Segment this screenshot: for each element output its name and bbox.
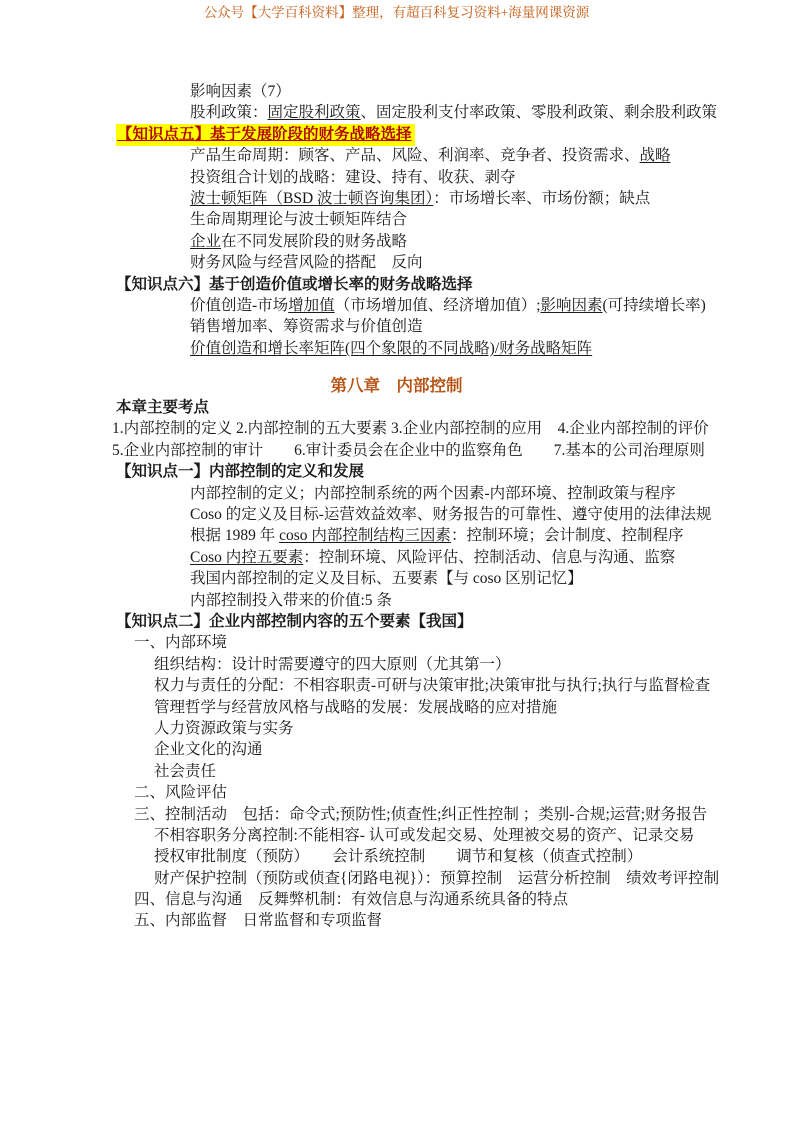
doc-line: 产品生命周期：顾客、产品、风险、利润率、竞争者、投资需求、战略 xyxy=(190,145,793,166)
text-segment: 企业文化的沟通 xyxy=(154,741,263,758)
text-segment: 财务风险与经营风险的搭配 反向 xyxy=(190,254,423,271)
text-segment: 1.内部控制的定义 2.内部控制的五大要素 3.企业内部控制的应用 4.企业内部… xyxy=(112,420,709,437)
doc-line: 股利政策：固定股利政策、固定股利支付率政策、零股利政策、剩余股利政策 xyxy=(190,102,793,123)
doc-line: 我国内部控制的定义及目标、五要素【与 coso 区别记忆】 xyxy=(190,568,793,589)
doc-line: 人力资源政策与实务 xyxy=(154,718,793,739)
text-segment: 三、控制活动 包括：命令式;预防性;侦查性;纠正性控制 ；类别-合规;运营;财务… xyxy=(134,806,707,823)
text-segment: 财产保护控制（预防或侦查{闭路电视}）：预算控制 运营分析控制 绩效考评控制 xyxy=(154,870,719,887)
doc-line: 企业文化的沟通 xyxy=(154,739,793,760)
doc-line: Coso 的定义及目标-运营效益效率、财务报告的可靠性、遵守使用的法律法规 xyxy=(190,504,793,525)
text-segment: 股利政策： xyxy=(190,104,268,121)
doc-line: 财务风险与经营风险的搭配 反向 xyxy=(190,252,793,273)
text-segment: coso 内部控制结构三因素 xyxy=(279,527,451,544)
doc-line: 价值创造和增长率矩阵(四个象限的不同战略)/财务战略矩阵 xyxy=(190,338,793,359)
text-segment: 内部控制投入带来的价值:5 条 xyxy=(190,592,392,609)
text-segment: 【知识点五】基于发展阶段的财务战略选择 xyxy=(117,126,412,143)
doc-line: 财产保护控制（预防或侦查{闭路电视}）：预算控制 运营分析控制 绩效考评控制 xyxy=(154,868,793,889)
text-segment: 、固定股利支付率政策、零股利政策、剩余股利政策 xyxy=(361,104,718,121)
page-header-note: 公众号【大学百科资料】整理，有超百科复习资料+海量网课资源 xyxy=(0,4,793,21)
text-segment: 企业 xyxy=(190,233,221,250)
text-segment: Coso 内控五要素 xyxy=(190,549,303,566)
highlight-marker: 【知识点五】基于发展阶段的财务战略选择 xyxy=(116,124,415,146)
doc-line: 二、风险评估 xyxy=(134,782,793,803)
text-segment: 我国内部控制的定义及目标、五要素【与 coso 区别记忆】 xyxy=(190,570,583,587)
text-segment: 四、信息与沟通 反舞弊机制：有效信息与沟通系统具备的特点 xyxy=(134,891,568,908)
section-heading: 【知识点六】基于创造价值或增长率的财务战略选择 xyxy=(116,274,793,295)
text-segment: ：控制环境、风险评估、控制活动、信息与沟通、监察 xyxy=(303,549,675,566)
doc-line: 授权审批制度（预防） 会计系统控制 调节和复核（侦查式控制） xyxy=(154,846,793,867)
text-segment: ：市场增长率、市场份额；缺点 xyxy=(433,190,650,207)
doc-line: 波士顿矩阵（BSD 波士顿咨询集团）：市场增长率、市场份额；缺点 xyxy=(190,188,793,209)
doc-line: 内部控制投入带来的价值:5 条 xyxy=(190,590,793,611)
text-segment: 增加值 xyxy=(288,297,335,314)
text-segment: （市场增加值、经济增加值）; xyxy=(335,297,541,314)
text-segment: 【知识点六】基于创造价值或增长率的财务战略选择 xyxy=(116,276,473,293)
highlighted-heading: 【知识点五】基于发展阶段的财务战略选择 xyxy=(116,124,793,145)
doc-line: 投资组合计划的战略：建设、持有、收获、剥夺 xyxy=(190,167,793,188)
text-segment: 产品生命周期：顾客、产品、风险、利润率、竞争者、投资需求、 xyxy=(190,147,640,164)
text-segment: ：控制环境；会计制度、控制程序 xyxy=(451,527,684,544)
chapter-title: 第八章 内部控制 xyxy=(0,375,793,397)
doc-line: Coso 内控五要素：控制环境、风险评估、控制活动、信息与沟通、监察 xyxy=(190,547,793,568)
text-segment: 【知识点二】企业内部控制内容的五个要素【我国】 xyxy=(116,613,473,630)
doc-line: 生命周期理论与波士顿矩阵结合 xyxy=(190,209,793,230)
text-segment: 不相容职务分离控制:不能相容- 认可或发起交易、处理被交易的资产、记录交易 xyxy=(154,827,694,844)
doc-line: 一、内部环境 xyxy=(134,632,793,653)
text-segment: 5.企业内部控制的审计 6.审计委员会在企业中的监察角色 7.基本的公司治理原则 xyxy=(112,442,705,459)
text-segment: 一、内部环境 xyxy=(134,634,227,651)
doc-line: 不相容职务分离控制:不能相容- 认可或发起交易、处理被交易的资产、记录交易 xyxy=(154,825,793,846)
doc-line: 组织结构：设计时需要遵守的四大原则（尤其第一） xyxy=(154,654,793,675)
spacer xyxy=(0,359,793,375)
doc-line: 管理哲学与经营放风格与战略的发展：发展战略的应对措施 xyxy=(154,697,793,718)
text-segment: 内部控制的定义；内部控制系统的两个因素-内部环境、控制政策与程序 xyxy=(190,485,676,502)
text-segment: 授权审批制度（预防） 会计系统控制 调节和复核（侦查式控制） xyxy=(154,848,642,865)
doc-line: 5.企业内部控制的审计 6.审计委员会在企业中的监察角色 7.基本的公司治理原则 xyxy=(112,440,793,461)
doc-line: 三、控制活动 包括：命令式;预防性;侦查性;纠正性控制 ；类别-合规;运营;财务… xyxy=(134,804,793,825)
text-segment: 价值创造和增长率矩阵(四个象限的不同战略)/财务战略矩阵 xyxy=(190,340,592,357)
section-heading: 【知识点一】内部控制的定义和发展 xyxy=(116,461,793,482)
text-segment: 组织结构：设计时需要遵守的四大原则（尤其第一） xyxy=(154,656,511,673)
doc-line: 内部控制的定义；内部控制系统的两个因素-内部环境、控制政策与程序 xyxy=(190,483,793,504)
text-segment: 管理哲学与经营放风格与战略的发展：发展战略的应对措施 xyxy=(154,699,557,716)
text-segment: 二、风险评估 xyxy=(134,784,227,801)
text-segment: 生命周期理论与波士顿矩阵结合 xyxy=(190,211,407,228)
text-segment: 权力与责任的分配：不相容职责-可研与决策审批;决策审批与执行;执行与监督检查 xyxy=(154,677,710,694)
doc-line: 社会责任 xyxy=(154,761,793,782)
text-segment: (可持续增长率) xyxy=(603,297,706,314)
doc-line: 企业在不同发展阶段的财务战略 xyxy=(190,231,793,252)
text-segment: 投资组合计划的战略：建设、持有、收获、剥夺 xyxy=(190,169,516,186)
document-page: 公众号【大学百科资料】整理，有超百科复习资料+海量网课资源 影响因素（7）股利政… xyxy=(0,0,793,1122)
text-segment: 影响因素 xyxy=(541,297,603,314)
doc-line: 五、内部监督 日常监督和专项监督 xyxy=(134,910,793,931)
doc-line: 销售增加率、筹资需求与价值创造 xyxy=(190,316,793,337)
text-segment: 五、内部监督 日常监督和专项监督 xyxy=(134,912,382,929)
doc-line: 1.内部控制的定义 2.内部控制的五大要素 3.企业内部控制的应用 4.企业内部… xyxy=(112,418,793,439)
text-segment: 社会责任 xyxy=(154,763,216,780)
section-heading: 本章主要考点 xyxy=(116,397,793,418)
text-segment: 固定股利政策 xyxy=(268,104,361,121)
text-segment: 在不同发展阶段的财务战略 xyxy=(221,233,407,250)
text-segment: 影响因素（7） xyxy=(190,83,291,100)
doc-line: 四、信息与沟通 反舞弊机制：有效信息与沟通系统具备的特点 xyxy=(134,889,793,910)
doc-line: 根据 1989 年 coso 内部控制结构三因素：控制环境；会计制度、控制程序 xyxy=(190,525,793,546)
text-segment: Coso 的定义及目标-运营效益效率、财务报告的可靠性、遵守使用的法律法规 xyxy=(190,506,711,523)
text-segment: 根据 1989 年 xyxy=(190,527,279,544)
text-segment: 波士顿矩阵（BSD 波士顿咨询集团） xyxy=(190,190,433,207)
text-segment: 销售增加率、筹资需求与价值创造 xyxy=(190,318,423,335)
doc-line: 影响因素（7） xyxy=(190,81,793,102)
text-segment: 价值创造-市场 xyxy=(190,297,288,314)
doc-line: 权力与责任的分配：不相容职责-可研与决策审批;决策审批与执行;执行与监督检查 xyxy=(154,675,793,696)
doc-line: 价值创造-市场增加值（市场增加值、经济增加值）;影响因素(可持续增长率) xyxy=(190,295,793,316)
text-segment: 战略 xyxy=(640,147,671,164)
text-segment: 【知识点一】内部控制的定义和发展 xyxy=(116,463,364,480)
text-segment: 第八章 内部控制 xyxy=(331,376,463,395)
text-segment: 人力资源政策与实务 xyxy=(154,720,294,737)
text-segment: 本章主要考点 xyxy=(116,399,209,416)
document-body: 影响因素（7）股利政策：固定股利政策、固定股利支付率政策、零股利政策、剩余股利政… xyxy=(0,81,793,932)
section-heading: 【知识点二】企业内部控制内容的五个要素【我国】 xyxy=(116,611,793,632)
